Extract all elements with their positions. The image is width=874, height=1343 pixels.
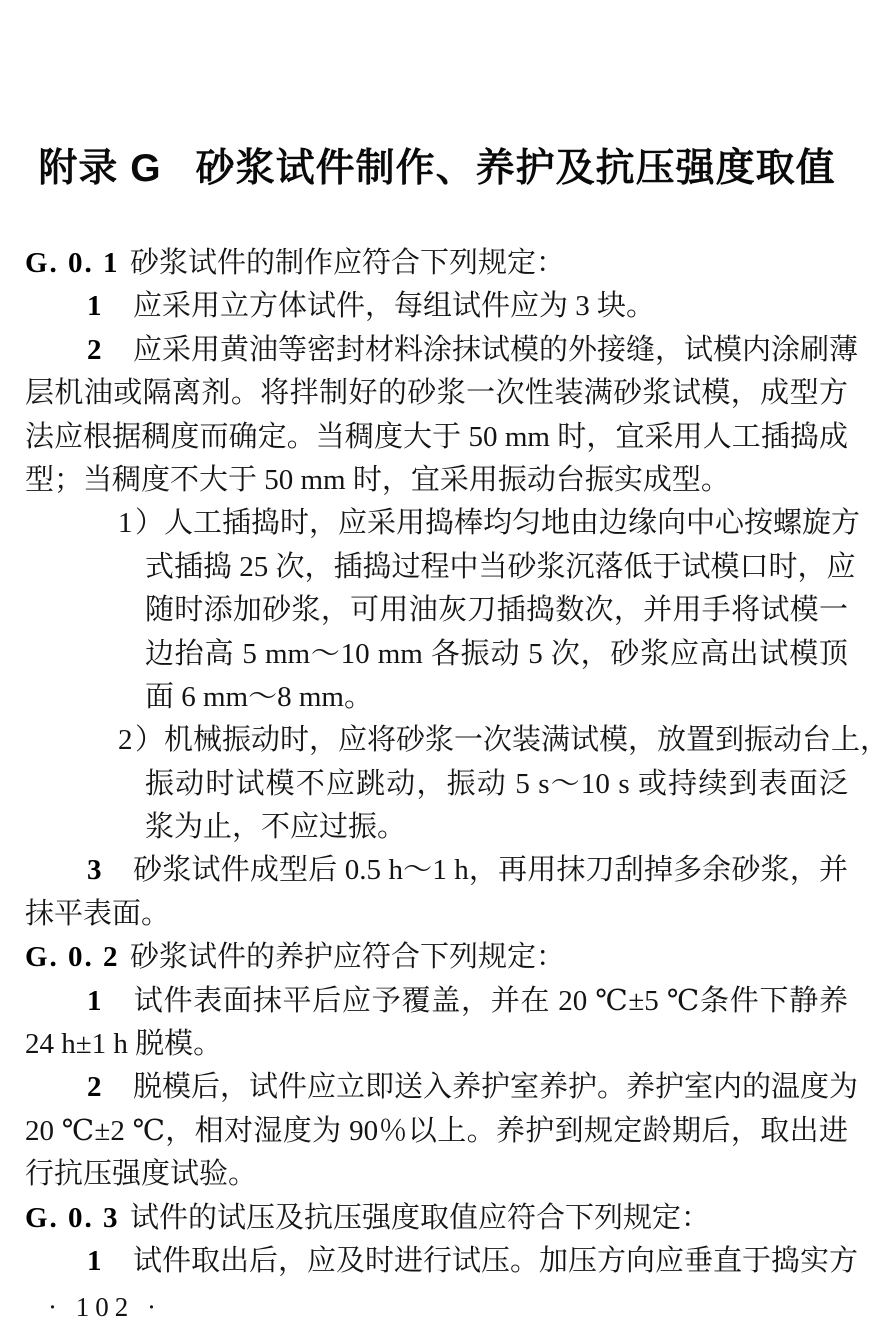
text-line: 法应根据稠度而确定。当稠度大于 50 mm 时，宜采用人工插捣成 xyxy=(25,416,848,459)
text-line: 面 6 mm～8 mm。 xyxy=(25,676,848,719)
item-text: 砂浆试件成型后 0.5 h～1 h，再用抹刀刮掉多余砂浆，并 xyxy=(133,854,848,886)
sub-item-text: 机械振动时，应将砂浆一次装满试模，放置到振动台上， xyxy=(164,724,874,756)
clause-number: G. 0. 2 xyxy=(25,936,130,979)
item-text: 试件表面抹平后应予覆盖，并在 20 ℃±5 ℃条件下静养 xyxy=(133,985,848,1017)
sub-item-text: 人工插捣时，应采用捣棒均匀地由边缘向中心按螺旋方 xyxy=(164,507,860,539)
sub-item-number: 1） xyxy=(118,502,164,545)
item-text: 法应根据稠度而确定。当稠度大于 50 mm 时，宜采用人工插捣成 xyxy=(25,421,848,453)
appendix-title-prefix: 附录 G xyxy=(38,147,161,190)
item-text: 应采用黄油等密封材料涂抹试模的外接缝，试模内涂刷薄 xyxy=(133,334,858,366)
list-item: 1试件表面抹平后应予覆盖，并在 20 ℃±5 ℃条件下静养 xyxy=(25,980,848,1023)
appendix-title-text: 砂浆试件制作、养护及抗压强度取值 xyxy=(196,147,836,190)
sub-item-text: 面 6 mm～8 mm。 xyxy=(145,681,373,713)
list-item: 2应采用黄油等密封材料涂抹试模的外接缝，试模内涂刷薄 xyxy=(25,329,848,372)
document-page: 附录 G砂浆试件制作、养护及抗压强度取值 G. 0. 1砂浆试件的制作应符合下列… xyxy=(0,0,874,1343)
sub-item-text: 随时添加砂浆，可用油灰刀插捣数次，并用手将试模一 xyxy=(145,594,848,626)
sub-item-text: 振动时试模不应跳动，振动 5 s～10 s 或持续到表面泛 xyxy=(145,768,848,800)
text-line: 行抗压强度试验。 xyxy=(25,1153,848,1196)
item-text: 行抗压强度试验。 xyxy=(25,1158,257,1190)
item-text: 应采用立方体试件，每组试件应为 3 块。 xyxy=(133,290,655,322)
sub-item-text: 浆为止，不应过振。 xyxy=(145,811,406,843)
page-number: · 102 · xyxy=(48,1292,874,1322)
list-item: 3砂浆试件成型后 0.5 h～1 h，再用抹刀刮掉多余砂浆，并 xyxy=(25,849,848,892)
item-number: 1 xyxy=(87,1240,133,1283)
sub-list-item: 2）机械振动时，应将砂浆一次装满试模，放置到振动台上， xyxy=(25,719,848,762)
clause-text: 砂浆试件的养护应符合下列规定： xyxy=(130,941,565,973)
item-text: 抹平表面。 xyxy=(25,898,170,930)
item-number: 3 xyxy=(87,849,133,892)
item-text: 24 h±1 h 脱模。 xyxy=(25,1028,222,1060)
appendix-title: 附录 G砂浆试件制作、养护及抗压强度取值 xyxy=(0,146,874,192)
clause-number: G. 0. 1 xyxy=(25,242,130,285)
clause-heading: G. 0. 3试件的试压及抗压强度取值应符合下列规定： xyxy=(25,1197,848,1240)
sub-item-number: 2） xyxy=(118,719,164,762)
text-line: 层机油或隔离剂。将拌制好的砂浆一次性装满砂浆试模，成型方 xyxy=(25,372,848,415)
text-line: 20 ℃±2 ℃，相对湿度为 90％以上。养护到规定龄期后，取出进 xyxy=(25,1110,848,1153)
list-item: 1试件取出后，应及时进行试压。加压方向应垂直于捣实方 xyxy=(25,1240,848,1283)
text-line: 24 h±1 h 脱模。 xyxy=(25,1023,848,1066)
item-number: 2 xyxy=(87,329,133,372)
sub-item-text: 边抬高 5 mm～10 mm 各振动 5 次，砂浆应高出试模顶 xyxy=(145,638,848,670)
clause-heading: G. 0. 1砂浆试件的制作应符合下列规定： xyxy=(25,242,848,285)
clause-heading: G. 0. 2砂浆试件的养护应符合下列规定： xyxy=(25,936,848,979)
sub-item-text: 式插捣 25 次，插捣过程中当砂浆沉落低于试模口时，应 xyxy=(145,551,856,583)
text-line: 型；当稠度不大于 50 mm 时，宜采用振动台振实成型。 xyxy=(25,459,848,502)
clause-number: G. 0. 3 xyxy=(25,1197,130,1240)
sub-list-item: 1）人工插捣时，应采用捣棒均匀地由边缘向中心按螺旋方 xyxy=(25,502,848,545)
text-line: 抹平表面。 xyxy=(25,893,848,936)
item-text: 20 ℃±2 ℃，相对湿度为 90％以上。养护到规定龄期后，取出进 xyxy=(25,1115,848,1147)
clause-text: 试件的试压及抗压强度取值应符合下列规定： xyxy=(130,1202,710,1234)
item-number: 2 xyxy=(87,1066,133,1109)
clause-text: 砂浆试件的制作应符合下列规定： xyxy=(130,247,565,279)
text-line: 边抬高 5 mm～10 mm 各振动 5 次，砂浆应高出试模顶 xyxy=(25,633,848,676)
item-number: 1 xyxy=(87,980,133,1023)
list-item: 2脱模后，试件应立即送入养护室养护。养护室内的温度为 xyxy=(25,1066,848,1109)
item-text: 层机油或隔离剂。将拌制好的砂浆一次性装满砂浆试模，成型方 xyxy=(25,377,848,409)
document-body: G. 0. 1砂浆试件的制作应符合下列规定： 1应采用立方体试件，每组试件应为 … xyxy=(25,242,848,1283)
text-line: 振动时试模不应跳动，振动 5 s～10 s 或持续到表面泛 xyxy=(25,763,848,806)
list-item: 1应采用立方体试件，每组试件应为 3 块。 xyxy=(25,285,848,328)
item-text: 型；当稠度不大于 50 mm 时，宜采用振动台振实成型。 xyxy=(25,464,730,496)
item-text: 试件取出后，应及时进行试压。加压方向应垂直于捣实方 xyxy=(133,1245,858,1277)
text-line: 式插捣 25 次，插捣过程中当砂浆沉落低于试模口时，应 xyxy=(25,546,848,589)
text-line: 浆为止，不应过振。 xyxy=(25,806,848,849)
item-text: 脱模后，试件应立即送入养护室养护。养护室内的温度为 xyxy=(133,1071,858,1103)
item-number: 1 xyxy=(87,285,133,328)
text-line: 随时添加砂浆，可用油灰刀插捣数次，并用手将试模一 xyxy=(25,589,848,632)
